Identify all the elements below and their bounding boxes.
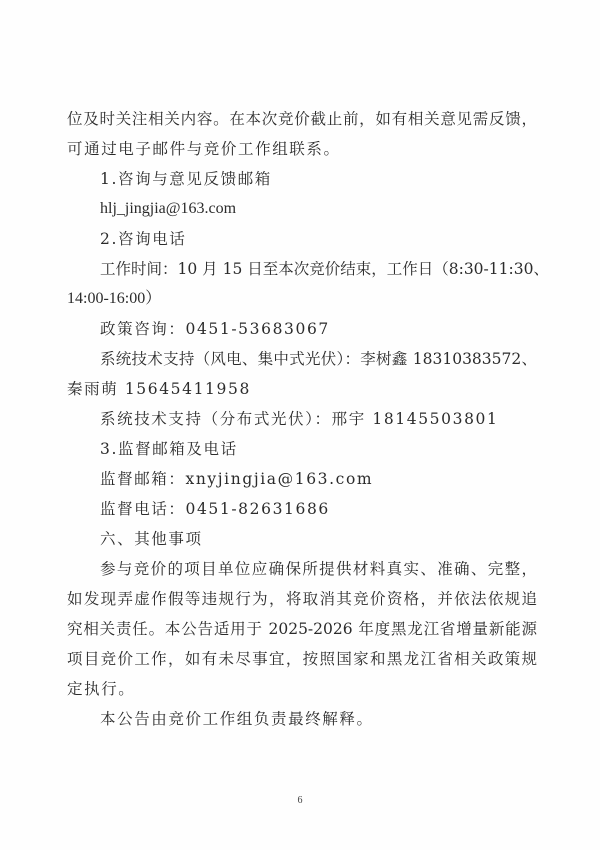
other-matters-line-2: 如发现弄虚作假等违规行为，将取消其竞价资格，并依法依规追 [67, 584, 537, 614]
heading-supervision-contact: 3.监督邮箱及电话 [67, 434, 537, 464]
paragraph-line-contact-method: 可通过电子邮件与竞价工作组联系。 [67, 134, 537, 164]
final-interpretation-statement: 本公告由竞价工作组负责最终解释。 [67, 704, 537, 734]
other-matters-line-3: 究相关责任。本公告适用于 2025-2026 年度黑龙江省增量新能源 [67, 614, 537, 644]
heading-feedback-email: 1.咨询与意见反馈邮箱 [67, 164, 537, 194]
other-matters-line-5: 定执行。 [67, 674, 537, 704]
paragraph-line-continuation: 位及时关注相关内容。在本次竞价截止前，如有相关意见需反馈， [67, 104, 537, 134]
document-page: 位及时关注相关内容。在本次竞价截止前，如有相关意见需反馈， 可通过电子邮件与竞价… [0, 0, 600, 850]
policy-consult-phone: 政策咨询：0451-53683067 [67, 314, 537, 344]
supervision-email: 监督邮箱：xnyjingjia@163.com [67, 464, 537, 494]
section-heading-other-matters: 六、其他事项 [67, 524, 537, 554]
document-body: 位及时关注相关内容。在本次竞价截止前，如有相关意见需反馈， 可通过电子邮件与竞价… [67, 104, 537, 734]
other-matters-line-4: 项目竞价工作，如有未尽事宜，按照国家和黑龙江省相关政策规 [67, 644, 537, 674]
tech-support-distributed-solar: 系统技术支持（分布式光伏）：邢宇 18145503801 [67, 404, 537, 434]
tech-support-wind-solar-continuation: 秦雨萌 15645411958 [67, 374, 537, 404]
other-matters-line-1: 参与竞价的项目单位应确保所提供材料真实、准确、完整， [67, 554, 537, 584]
supervision-phone: 监督电话：0451-82631686 [67, 494, 537, 524]
tech-support-wind-solar: 系统技术支持（风电、集中式光伏）：李树鑫 18310383572、 [67, 344, 537, 374]
feedback-email-address: hlj_jingjia@163.com [67, 194, 537, 224]
working-hours-continuation: 14:00-16:00） [67, 284, 537, 314]
heading-consult-phone: 2.咨询电话 [67, 224, 537, 254]
working-hours-line: 工作时间：10 月 15 日至本次竞价结束，工作日（8:30-11:30、 [67, 254, 537, 284]
page-number: 6 [0, 795, 600, 806]
